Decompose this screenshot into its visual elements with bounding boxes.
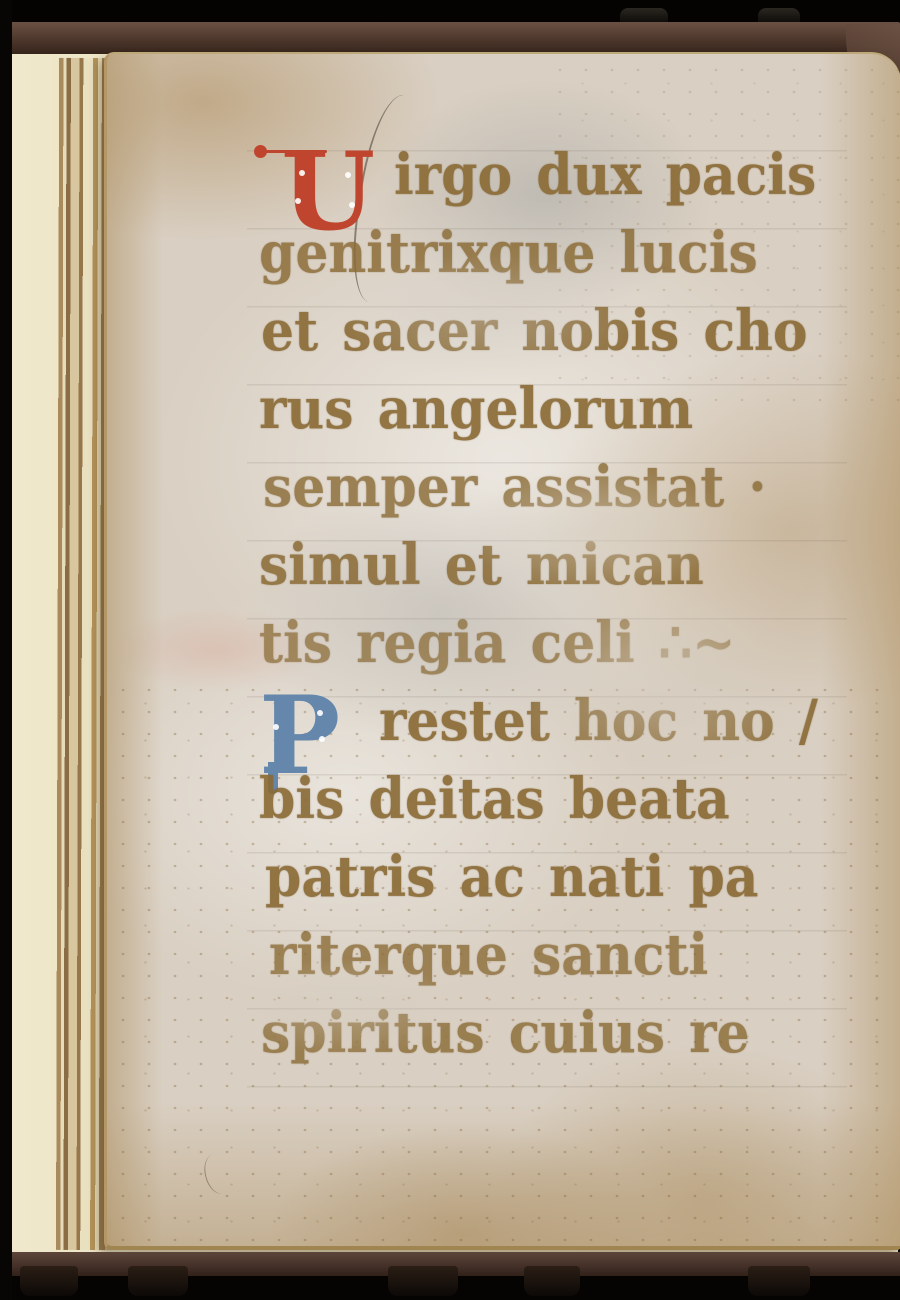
binding-foot [748,1266,810,1296]
initial-dot [319,736,325,742]
text-line: et sacer nobis cho [261,296,879,374]
line-text: simul et mican [259,524,704,608]
text-line: spiritus cuius re [261,998,879,1076]
initial-dot [349,202,355,208]
binding-foot [128,1266,188,1296]
line-text: genitrixque lucis [259,212,758,296]
text-line: genitrixque lucis [259,218,879,296]
initial-dot [295,198,301,204]
line-text: riterque sancti [269,914,708,998]
line-text: rus angelorum [259,368,693,452]
text-line: rus angelorum [259,374,879,452]
line-text: semper assistat · [263,446,767,530]
text-line: bis deitas beata [259,764,879,842]
manuscript-photo: U irgo dux pacis genitrixque lucis et sa… [0,0,900,1300]
line-text: irgo dux pacis [394,134,816,218]
initial-dot [317,710,323,716]
initial-dot [273,724,279,730]
binding-foot [20,1266,78,1296]
frame-left [0,0,12,1300]
text-block: U irgo dux pacis genitrixque lucis et sa… [259,140,879,1076]
text-line: P restet hoc no / [259,686,879,764]
text-line: patris ac nati pa [265,842,879,920]
text-line: tis regia celi ∴~ [259,608,879,686]
line-text: spiritus cuius re [261,992,750,1076]
line-text: restet hoc no / [379,680,818,764]
line-text: bis deitas beata [259,758,730,842]
initial-flourish [263,150,327,153]
parchment-page: U irgo dux pacis genitrixque lucis et sa… [104,52,900,1250]
initial-dot [345,172,351,178]
binding-foot [388,1266,458,1296]
text-line: semper assistat · [263,452,879,530]
text-line: U irgo dux pacis [259,140,879,218]
line-text: patris ac nati pa [265,836,759,920]
binding-top-edge [8,22,900,55]
text-line: simul et mican [259,530,879,608]
initial-dot [299,170,305,176]
line-text: et sacer nobis cho [261,290,808,374]
binding-foot [524,1266,580,1296]
text-line: riterque sancti [269,920,879,998]
